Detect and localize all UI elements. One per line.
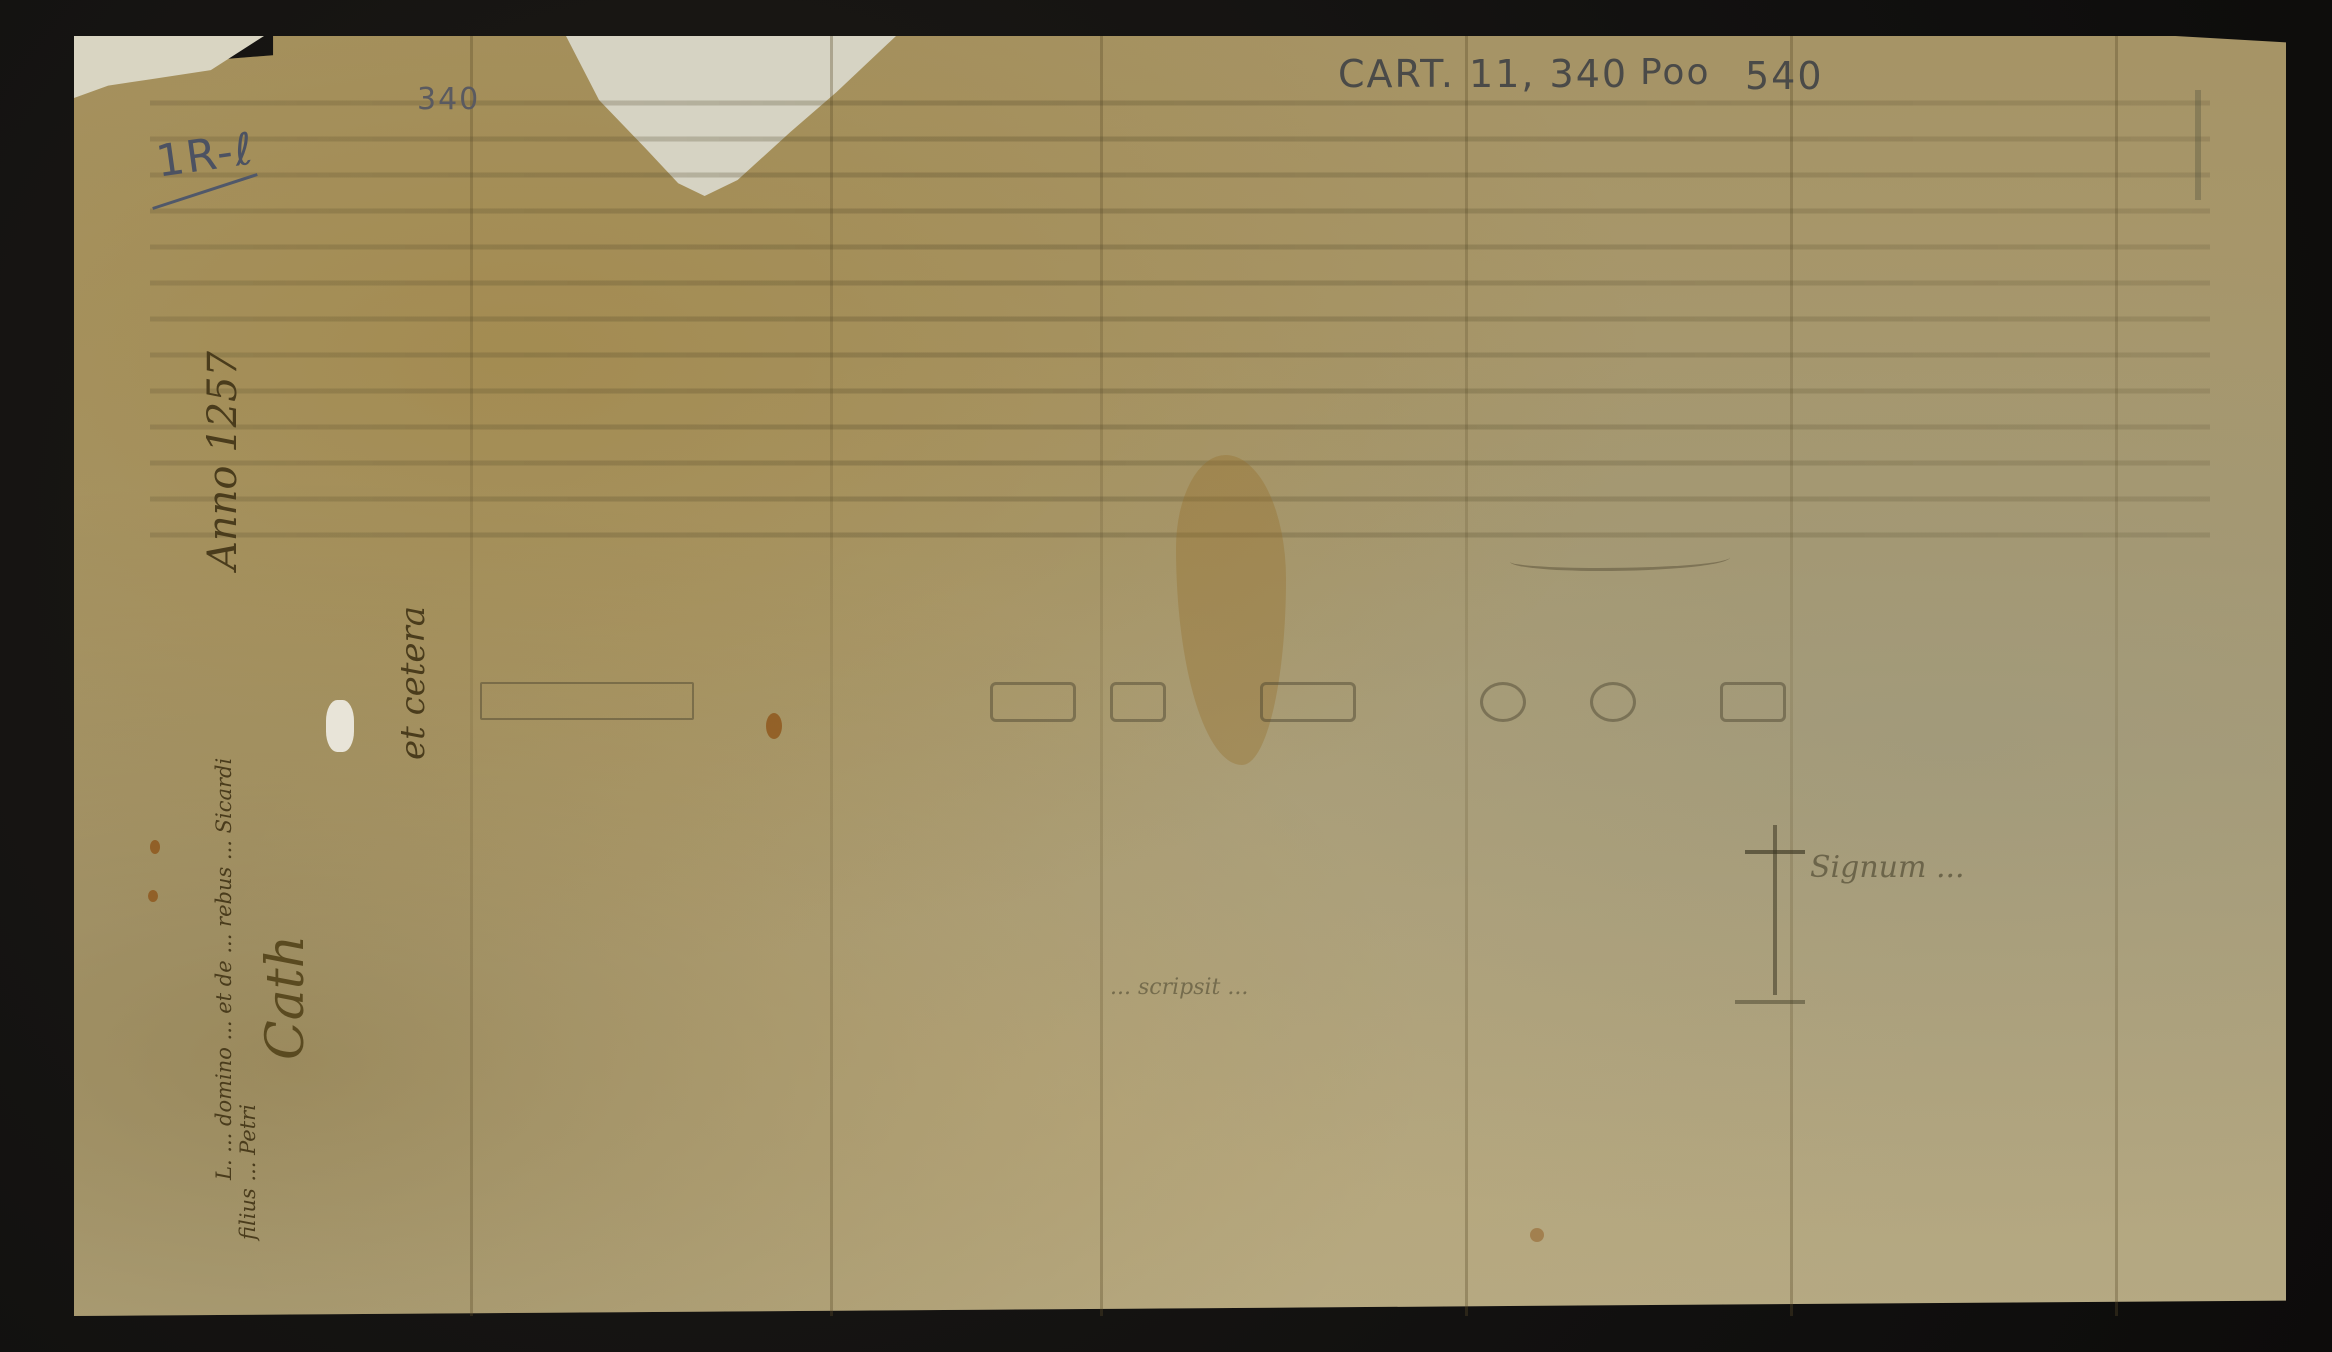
show-through-text-lines	[150, 80, 2210, 550]
dorsal-summary-line-1: L. ... domino ... et de ... rebus ... Si…	[212, 758, 236, 1180]
etc-note: et cetera	[393, 606, 433, 760]
dorsal-summary-line-2: filius ... Petri	[236, 1104, 260, 1240]
old-number: 340	[417, 82, 480, 117]
signum-cross-icon	[1745, 825, 1805, 875]
catalog-word: Cath	[256, 935, 316, 1060]
seal-slit	[1260, 682, 1356, 722]
ink-spot	[1530, 1228, 1544, 1242]
hole	[326, 700, 354, 752]
ink-spot	[150, 840, 160, 854]
seal-slit	[1720, 682, 1786, 722]
series-label: Poo	[1640, 52, 1710, 93]
witness-line: ... scripsit ...	[1110, 975, 1248, 1000]
seal-slit	[990, 682, 1076, 722]
year-note: Anno 1257	[200, 351, 246, 570]
series-number: 540	[1745, 54, 1824, 98]
seal-slit	[1480, 682, 1526, 722]
signum-text: Signum ...	[1810, 850, 1965, 885]
margin-mark	[2195, 90, 2201, 200]
seal-slits-row	[470, 682, 1870, 722]
seal-slit	[1110, 682, 1166, 722]
seal-slit	[1590, 682, 1636, 722]
cartulary-reference: CART. 11, 340	[1338, 52, 1628, 96]
seal-slit	[480, 682, 694, 720]
ink-spot	[148, 890, 158, 902]
